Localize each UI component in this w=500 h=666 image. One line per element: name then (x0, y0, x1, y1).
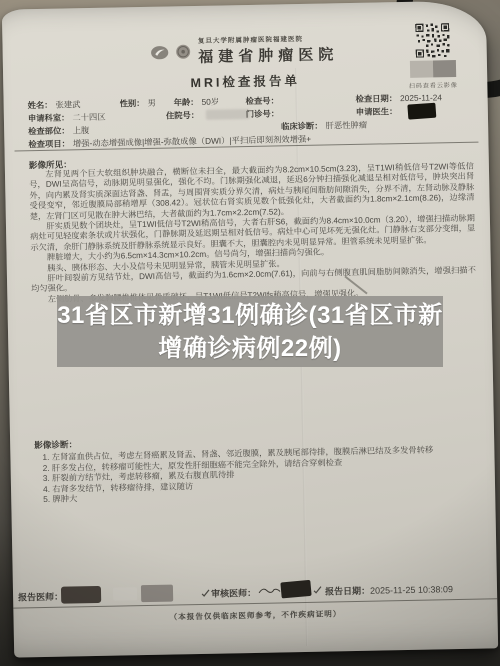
body-part: 上腹 (73, 125, 90, 135)
reporter-label: 报告医师： (18, 592, 63, 603)
exam-date-label: 检查日期： (356, 93, 398, 104)
org-large-name: 福建省肿瘤医院 (198, 43, 338, 67)
patient-age: 50岁 (201, 97, 219, 107)
overlay-line1: 31省区市新增31例确诊(31省区市新 (57, 299, 443, 332)
outpatient-label: 门诊号： (246, 108, 279, 119)
age-label: 年龄： (174, 97, 199, 107)
items-label: 检查项目： (28, 138, 70, 149)
redaction-block (61, 586, 101, 604)
pen-mark-icon (201, 589, 211, 598)
photo-of-report: 复旦大学附属肿瘤医院福建医院 福建省肿瘤医院 MRI检查报告单 扫码查看云影像 … (0, 0, 500, 666)
exam-date: 2025-11-24 (400, 92, 442, 103)
qr-area: 扫码查看云影像 (404, 23, 461, 90)
pen-mark-icon (313, 586, 323, 595)
findings-text: 左肾见两个巨大软组织肿块融合，横断位未扫全，最大截面约为8.2cm×10.5cm… (29, 162, 477, 306)
redaction-block (410, 60, 456, 78)
clinical-label: 临床诊断： (281, 121, 323, 132)
inpatient-label: 住院号： (166, 110, 199, 121)
hospital-names: 复旦大学附属肿瘤医院福建医院 福建省肿瘤医院 (198, 33, 339, 67)
impression-heading: 影像诊断： (34, 438, 77, 451)
impression-list: 1. 左肾富血供占位，考虑左肾癌累及肾盂、肾盏、邻近腹膜，累及胰尾部待排，腹膜后… (42, 444, 465, 505)
redaction-block (206, 109, 250, 120)
hospital-seal-icon (176, 44, 191, 59)
report-date-value: 2025-11-25 10:38:09 (370, 584, 453, 596)
req-doctor-label: 申请医生： (356, 106, 398, 117)
hospital-logo-icon (151, 45, 169, 59)
clinical-diagnosis: 肝恶性肿瘤 (326, 120, 368, 131)
part-label: 检查部位： (28, 125, 70, 136)
disclaimer: （本报告仅供临床医师参考，不作疾病证明） (13, 605, 497, 625)
qr-code-icon (415, 23, 450, 58)
patient-sex: 男 (147, 98, 156, 108)
name-label: 姓名： (28, 100, 53, 110)
findings-paragraph: 左肾见两个巨大软组织肿块融合，横断位未扫全，最大截面约为8.2cm×10.5cm… (29, 162, 475, 223)
dept-label: 申请科室： (28, 112, 70, 123)
signature-mark (258, 584, 282, 596)
reviewer-label: 审核医师： (211, 588, 256, 599)
overlay-line2: 增确诊病例22例) (158, 332, 341, 365)
redaction-block (141, 585, 173, 603)
report-date-label: 报告日期： (325, 586, 370, 597)
redaction-block (113, 587, 137, 600)
news-caption-overlay: 31省区市新增31例确诊(31省区市新 增确诊病例22例) (57, 296, 443, 367)
patient-name: 张建武 (55, 99, 80, 109)
sex-label: 性别： (120, 98, 145, 108)
dept: 二十四区 (72, 112, 105, 123)
exam-no-label: 检查号： (246, 95, 279, 106)
redaction-block (280, 580, 311, 599)
